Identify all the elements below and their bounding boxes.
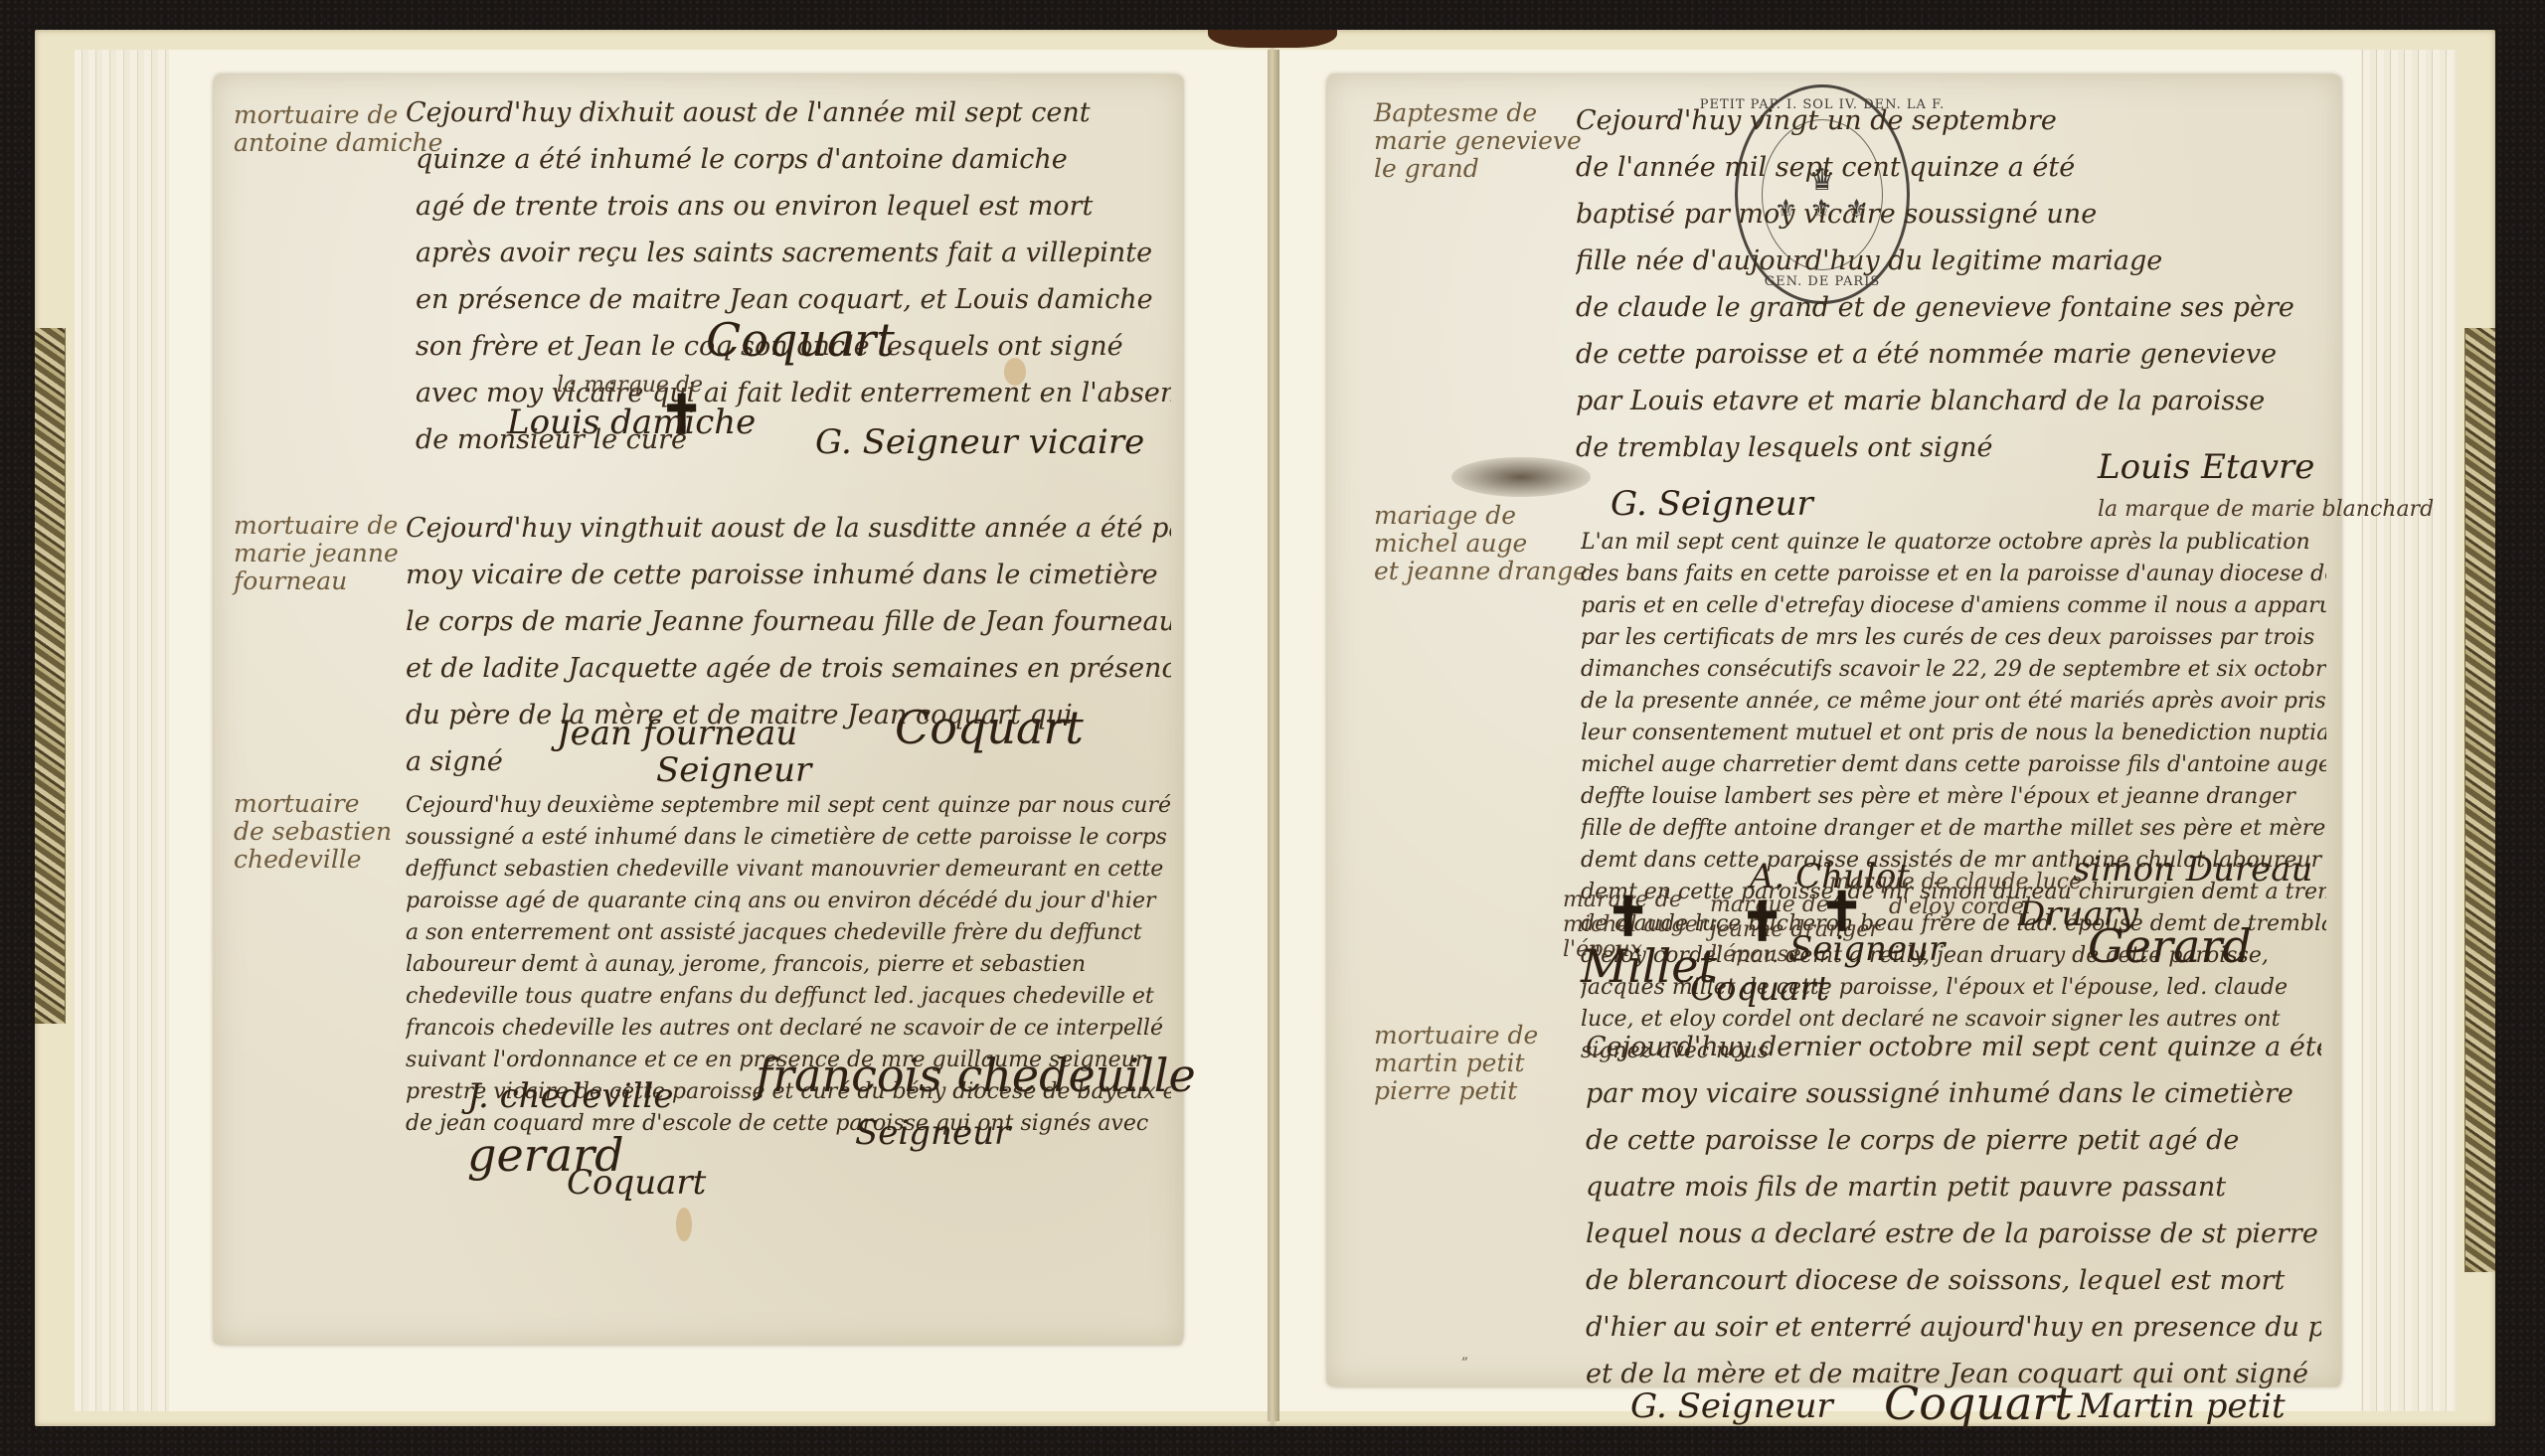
headband: [1208, 30, 1337, 48]
marbled-endpaper-left: [35, 328, 66, 1024]
page-edges-left: [75, 50, 169, 1411]
signature-gerard: Gerard: [2088, 919, 2252, 973]
margin-heading-burial-sebastien-chedeville: mortuaire de sebastien chedeville: [234, 790, 392, 874]
entry-line: et de ladite Jacquette agée de trois sem…: [406, 645, 1171, 692]
entry-line: par les certificats de mrs les curés de …: [1581, 622, 2326, 654]
entry-line: lequel nous a declaré estre de la parois…: [1586, 1211, 2321, 1257]
entry-line: Cejourd'huy dernier octobre mil sept cen…: [1586, 1024, 2321, 1070]
page-edges-right: [2356, 50, 2456, 1411]
signature-seigneur: G. Seigneur: [1611, 484, 1813, 524]
entry-line: quatre mois fils de martin petit pauvre …: [1586, 1164, 2321, 1211]
entry-line: de claude le grand et de genevieve fonta…: [1576, 284, 2316, 331]
entry-line: leur consentement mutuel et ont pris de …: [1581, 718, 2326, 749]
entry-line: michel auge charretier demt dans cette p…: [1581, 749, 2326, 781]
signature-coquart: Coquart: [895, 701, 1084, 754]
signature-martin-petit: Martin petit: [2078, 1386, 2286, 1426]
entry-line: des bans faits en cette paroisse et en l…: [1581, 559, 2326, 590]
entry-line: baptisé par moy vicaire soussigné une: [1576, 191, 2316, 238]
signature-seigneur: Seigneur: [1789, 929, 1945, 969]
entry-line: laboureur demt à aunay, jerome, francois…: [406, 949, 1171, 981]
signature-louis-damiche: Louis damiche: [507, 403, 756, 442]
entry-line: deffunct sebastien chedeville vivant man…: [406, 854, 1171, 886]
foxing-stain: [676, 1208, 692, 1241]
mark-eloy-cordel: d'eloy cordel: [1889, 894, 2031, 919]
entry-line: francois chedeville les autres ont decla…: [406, 1013, 1171, 1045]
signature-coquart: Coquart: [1884, 1376, 2073, 1430]
entry-line: chedeville tous quatre enfans du deffunc…: [406, 981, 1171, 1013]
entry-line: fille née d'aujourd'huy du legitime mari…: [1576, 238, 2316, 284]
entry-line: soussigné a esté inhumé dans le cimetièr…: [406, 822, 1171, 854]
signature-seigneur: Seigneur: [656, 750, 811, 790]
margin-heading-baptism-marie-genevieve: Baptesme de marie genevieve le grand: [1374, 99, 1582, 183]
signature-coquart: Coquart: [706, 313, 895, 367]
entry-line: après avoir reçu les saints sacrements f…: [406, 230, 1171, 276]
book-gutter: [1268, 50, 1279, 1421]
entry-line: agé de trente trois ans ou environ leque…: [406, 183, 1171, 230]
entry-line: paris et en celle d'etrefay diocese d'am…: [1581, 590, 2326, 622]
entry-line: Cejourd'huy deuxième septembre mil sept …: [406, 790, 1171, 822]
entry-line: de l'année mil sept cent quinze a été: [1576, 144, 2316, 191]
ink-blot: [1451, 457, 1591, 497]
entry-line: d'hier au soir et enterré aujourd'huy en…: [1586, 1304, 2321, 1351]
signature-jean-fourneau: Jean fourneau: [557, 714, 797, 753]
signature-louis-etavre: Louis Etavre: [2098, 447, 2314, 487]
signature-francois-chedeuille: francois chedeuille: [756, 1049, 1196, 1102]
entry-baptism-marie-genevieve: Cejourd'huy vingt un de septembre de l'a…: [1576, 97, 2316, 471]
entry-line: de cette paroisse et a été nommée marie …: [1576, 331, 2316, 378]
entry-line: moy vicaire de cette paroisse inhumé dan…: [406, 552, 1171, 598]
entry-line: quinze a été inhumé le corps d'antoine d…: [406, 136, 1171, 183]
entry-line: par Louis etavre et marie blanchard de l…: [1576, 378, 2316, 424]
entry-line: deffte louise lambert ses père et mère l…: [1581, 781, 2326, 813]
margin-heading-burial-marie-jeanne-fourneau: mortuaire de marie jeanne fourneau: [234, 512, 399, 595]
entry-line: Cejourd'huy vingt un de septembre: [1576, 97, 2316, 144]
signature-coquart: Coquart: [1690, 969, 1829, 1009]
signature-seigneur: G. Seigneur: [1630, 1386, 1833, 1426]
entry-burial-pierre-petit: Cejourd'huy dernier octobre mil sept cen…: [1586, 1024, 2321, 1397]
signature-simon-dureau: simon Dureau: [2073, 850, 2312, 890]
entry-line: de cette paroisse le corps de pierre pet…: [1586, 1117, 2321, 1164]
entry-line: L'an mil sept cent quinze le quatorze oc…: [1581, 527, 2326, 559]
entry-line: Cejourd'huy vingthuit aoust de la susdit…: [406, 505, 1171, 552]
entry-line: a son enterrement ont assisté jacques ch…: [406, 917, 1171, 949]
cross-mark: ✝: [1740, 890, 1784, 953]
margin-heading-marriage-auge-drange: mariage de michel auge et jeanne drange: [1374, 502, 1588, 585]
entry-line: de la presente année, ce même jour ont é…: [1581, 686, 2326, 718]
entry-line: Cejourd'huy dixhuit aoust de l'année mil…: [406, 89, 1171, 136]
page-mark: „: [1461, 1347, 1468, 1363]
marbled-endpaper-right: [2464, 328, 2495, 1272]
entry-line: par moy vicaire soussigné inhumé dans le…: [1586, 1070, 2321, 1117]
entry-line: paroisse agé de quarante cinq ans ou env…: [406, 886, 1171, 917]
margin-heading-burial-pierre-petit: mortuaire de martin petit pierre petit: [1374, 1022, 1538, 1105]
mark-marie-blanchard: la marque de marie blanchard: [2098, 497, 2434, 522]
mark-claude-luce: marque de claude luce: [1829, 870, 2082, 894]
entry-line: dimanches consécutifs scavoir le 22, 29 …: [1581, 654, 2326, 686]
entry-line: le corps de marie Jeanne fourneau fille …: [406, 598, 1171, 645]
signature-seigneur-vicaire: G. Seigneur vicaire: [815, 422, 1144, 462]
signature-j-chedeville: J. chedeville: [467, 1076, 674, 1116]
signature-gerard: gerard: [467, 1128, 624, 1182]
entry-line: de blerancourt diocese de soissons, lequ…: [1586, 1257, 2321, 1304]
entry-line: fille de deffte antoine dranger et de ma…: [1581, 813, 2326, 845]
signature-seigneur: Seigneur: [855, 1113, 1010, 1153]
